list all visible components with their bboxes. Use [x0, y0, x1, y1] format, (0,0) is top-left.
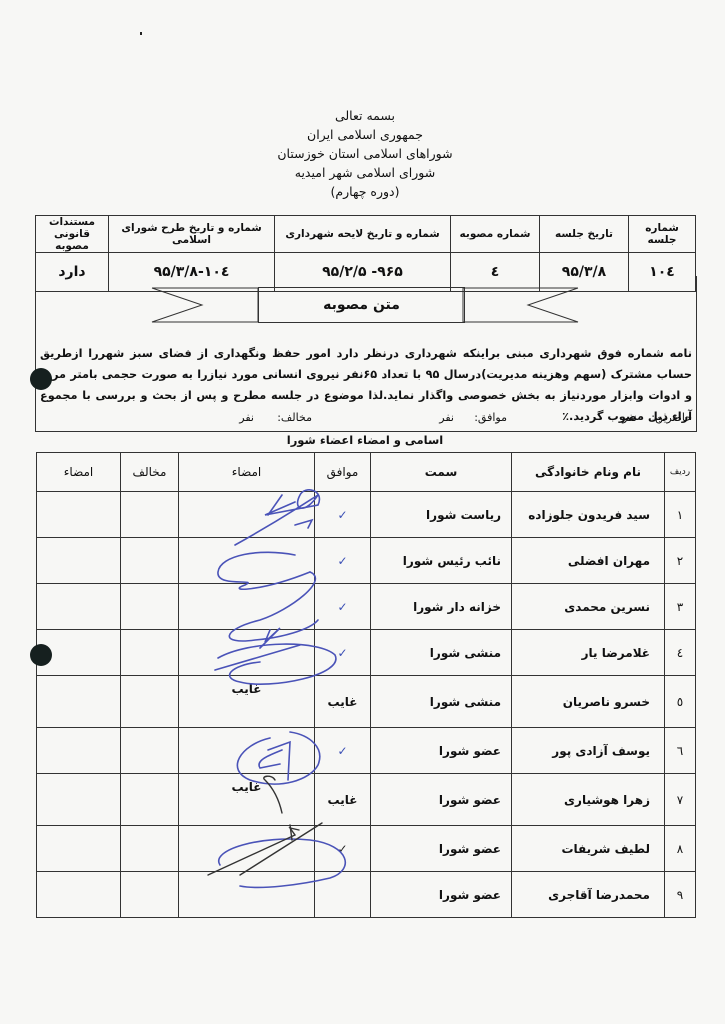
member-row: ۸ لطیف شریفات عضو شورا ✓ — [37, 826, 696, 872]
member-name: محمدرضا آقاجری — [512, 872, 665, 918]
agree-unit: نفر — [439, 411, 454, 424]
member-name: غلامرضا یار — [512, 630, 665, 676]
absent-mark: غایب — [315, 676, 371, 728]
member-number: ۷ — [665, 774, 696, 826]
header-resolution-number: شماره مصوبه — [451, 216, 540, 253]
member-role: عضو شورا — [371, 872, 512, 918]
scanned-document-page: بسمه تعالی جمهوری اسلامی ایران شوراهای ا… — [0, 0, 725, 1024]
member-role: عضو شورا — [371, 826, 512, 872]
absent-mark: غایب — [179, 774, 315, 826]
agree-check-icon: ✓ — [315, 826, 371, 872]
header-line-country: جمهوری اسلامی ایران — [230, 125, 500, 144]
member-number: ۱ — [665, 492, 696, 538]
member-role: منشی شورا — [371, 630, 512, 676]
agree-check-icon: ✓ — [315, 492, 371, 538]
header-line-term: (دوره چهارم) — [230, 182, 500, 201]
header-role: سمت — [371, 453, 512, 492]
member-signature-2 — [37, 872, 121, 918]
members-table-title: اسامی و امضاء اعضاء شورا — [200, 433, 530, 447]
member-role: عضو شورا — [371, 774, 512, 826]
member-signature — [179, 630, 315, 676]
members-header-row: ردیف نام ونام خانوادگی سمت موافق امضاء م… — [37, 453, 696, 492]
member-row: ٥ خسرو ناصریان منشی شورا غایب غایب — [37, 676, 696, 728]
punch-hole — [30, 644, 52, 666]
member-row: ٦ یوسف آزادی پور عضو شورا ✓ — [37, 728, 696, 774]
member-name: یوسف آزادی پور — [512, 728, 665, 774]
agree-check-icon: ✓ — [315, 584, 371, 630]
member-role: خزانه دار شورا — [371, 584, 512, 630]
header-oppose: مخالف — [121, 453, 179, 492]
member-signature-2 — [37, 826, 121, 872]
member-number: ٦ — [665, 728, 696, 774]
member-row: ۹ محمدرضا آقاجری عضو شورا — [37, 872, 696, 918]
header-line-province-councils: شوراهای اسلامی استان خوزستان — [230, 144, 500, 163]
absent-mark: غایب — [315, 774, 371, 826]
member-signature — [179, 826, 315, 872]
member-row: ۱ سید فریدون جلوزاده ریاست شورا ✓ — [37, 492, 696, 538]
session-info-header-row: شماره جلسه تاریخ جلسه شماره مصوبه شماره … — [36, 216, 696, 253]
member-name: زهرا هوشیاری — [512, 774, 665, 826]
member-oppose — [121, 774, 179, 826]
member-role: نائب رئیس شورا — [371, 538, 512, 584]
member-signature-2 — [37, 538, 121, 584]
member-number: ۲ — [665, 538, 696, 584]
member-row: ۷ زهرا هوشیاری عضو شورا غایب غایب — [37, 774, 696, 826]
member-name: مهران افضلی — [512, 538, 665, 584]
document-header: بسمه تعالی جمهوری اسلامی ایران شوراهای ا… — [230, 106, 500, 201]
member-row: ۳ نسرین محمدی خزانه دار شورا ✓ — [37, 584, 696, 630]
member-name: سید فریدون جلوزاده — [512, 492, 665, 538]
member-signature — [179, 728, 315, 774]
header-legal-basis: مستندات قانونی مصوبه — [36, 216, 109, 253]
header-name: نام ونام خانوادگی — [512, 453, 665, 492]
header-session-number: شماره جلسه — [629, 216, 696, 253]
header-signature-2: امضاء — [37, 453, 121, 492]
member-role: ریاست شورا — [371, 492, 512, 538]
header-session-date: تاریخ جلسه — [540, 216, 629, 253]
member-signature-2 — [37, 584, 121, 630]
members-table: ردیف نام ونام خانوادگی سمت موافق امضاء م… — [36, 452, 696, 918]
present-label: حاضرین: — [651, 411, 692, 424]
oppose-label: مخالف: — [277, 411, 312, 424]
member-signature-2 — [37, 676, 121, 728]
resolution-title: متن مصوبه — [258, 287, 465, 323]
member-number: ۸ — [665, 826, 696, 872]
member-number: ۹ — [665, 872, 696, 918]
absent-mark: غایب — [179, 676, 315, 728]
member-oppose — [121, 630, 179, 676]
header-council-plan: شماره و تاریخ طرح شورای اسلامی — [109, 216, 275, 253]
member-signature-2 — [37, 774, 121, 826]
member-oppose — [121, 826, 179, 872]
member-number: ۳ — [665, 584, 696, 630]
oppose-unit: نفر — [239, 411, 254, 424]
member-oppose — [121, 676, 179, 728]
member-agree — [315, 872, 371, 918]
header-municipal-bill: شماره و تاریخ لایحه شهرداری — [275, 216, 451, 253]
header-line-bismillah: بسمه تعالی — [230, 106, 500, 125]
member-signature — [179, 538, 315, 584]
agree-check-icon: ✓ — [315, 728, 371, 774]
member-role: منشی شورا — [371, 676, 512, 728]
resolution-text: نامه شماره فوق شهرداری مبنی براینکه شهرد… — [40, 343, 692, 427]
member-oppose — [121, 872, 179, 918]
agree-check-icon: ✓ — [315, 630, 371, 676]
scan-speck — [140, 32, 142, 35]
punch-hole — [30, 368, 52, 390]
member-signature — [179, 872, 315, 918]
header-agree: موافق — [315, 453, 371, 492]
agree-check-icon: ✓ — [315, 538, 371, 584]
member-role: عضو شورا — [371, 728, 512, 774]
member-row: ۲ مهران افضلی نائب رئیس شورا ✓ — [37, 538, 696, 584]
resolution-title-ribbon: متن مصوبه — [150, 287, 580, 323]
member-oppose — [121, 538, 179, 584]
member-name: لطیف شریفات — [512, 826, 665, 872]
member-signature — [179, 492, 315, 538]
member-oppose — [121, 492, 179, 538]
header-row-number: ردیف — [665, 453, 696, 492]
member-signature-2 — [37, 492, 121, 538]
member-name: خسرو ناصریان — [512, 676, 665, 728]
member-signature-2 — [37, 728, 121, 774]
header-line-city-council: شورای اسلامی شهر امیدیه — [230, 163, 500, 182]
member-number: ٥ — [665, 676, 696, 728]
member-oppose — [121, 728, 179, 774]
present-unit: نفر — [622, 411, 637, 424]
member-name: نسرین محمدی — [512, 584, 665, 630]
member-row: ٤ غلامرضا یار منشی شورا ✓ — [37, 630, 696, 676]
header-signature: امضاء — [179, 453, 315, 492]
member-signature — [179, 584, 315, 630]
member-number: ٤ — [665, 630, 696, 676]
agree-label: موافق: — [474, 411, 507, 424]
member-oppose — [121, 584, 179, 630]
